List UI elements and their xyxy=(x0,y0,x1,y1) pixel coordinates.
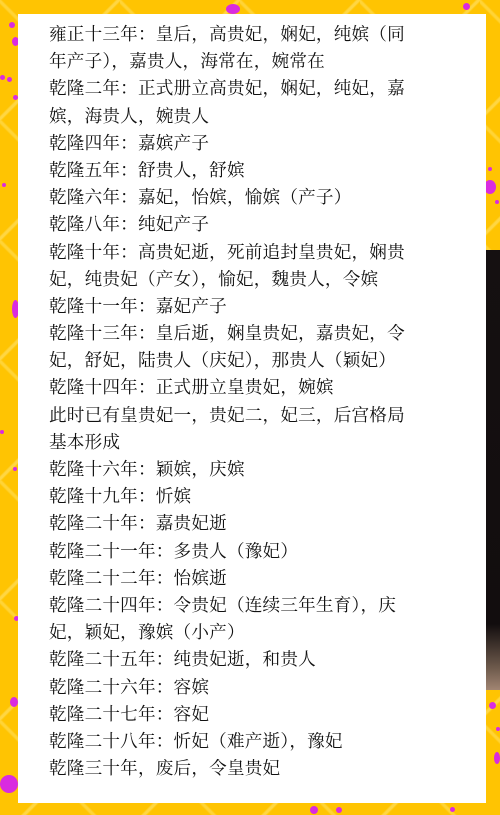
timeline-line: 乾隆二十二年：怡嫔逝 xyxy=(49,566,449,593)
timeline-line: 乾隆二十年：嘉贵妃逝 xyxy=(49,511,449,538)
decorative-dot xyxy=(0,775,18,793)
timeline-line: 乾隆十年：高贵妃逝，死前追封皇贵妃，娴贵 xyxy=(49,240,449,267)
timeline-line: 乾隆二十八年：忻妃（难产逝），豫妃 xyxy=(49,729,449,756)
timeline-line: 乾隆二十一年：多贵人（豫妃） xyxy=(49,539,449,566)
timeline-line: 雍正十三年：皇后，高贵妃，娴妃，纯嫔（同 xyxy=(49,22,449,49)
timeline-line: 乾隆二十六年：容嫔 xyxy=(49,675,449,702)
timeline-line: 妃，舒妃，陆贵人（庆妃），那贵人（颖妃） xyxy=(49,348,449,375)
decorative-dot xyxy=(494,752,500,764)
decorative-dot xyxy=(9,22,15,28)
timeline-line: 基本形成 xyxy=(49,430,449,457)
timeline-line: 乾隆十一年：嘉妃产子 xyxy=(49,294,449,321)
timeline-line: 乾隆四年：嘉嫔产子 xyxy=(49,131,449,158)
timeline-line: 年产子），嘉贵人，海常在，婉常在 xyxy=(49,49,449,76)
timeline-line: 乾隆十九年：忻嫔 xyxy=(49,484,449,511)
photo-edge-strip xyxy=(486,250,500,690)
timeline-line: 乾隆二十七年：容妃 xyxy=(49,702,449,729)
decorative-dot xyxy=(495,200,499,204)
decorative-dot xyxy=(226,4,240,14)
decorative-dot xyxy=(463,3,470,10)
timeline-line: 乾隆五年：舒贵人，舒嫔 xyxy=(49,158,449,185)
timeline-line: 妃，颖妃，豫嫔（小产） xyxy=(49,620,449,647)
decorative-dot xyxy=(450,807,455,812)
decorative-dot xyxy=(496,727,500,731)
timeline-line: 嫔，海贵人，婉贵人 xyxy=(49,104,449,131)
decorative-dot xyxy=(10,697,18,707)
timeline-line: 乾隆二十五年：纯贵妃逝，和贵人 xyxy=(49,647,449,674)
timeline-line: 乾隆三十年，废后，令皇贵妃 xyxy=(49,756,449,783)
timeline-line: 妃，纯贵妃（产女），愉妃，魏贵人，令嫔 xyxy=(49,267,449,294)
decorative-dot xyxy=(489,702,496,709)
timeline-line: 乾隆八年：纯妃产子 xyxy=(49,212,449,239)
decorative-dot xyxy=(7,77,12,82)
timeline-line: 此时已有皇贵妃一，贵妃二，妃三，后宫格局 xyxy=(49,403,449,430)
decorative-dot xyxy=(2,183,6,187)
decorative-dot xyxy=(336,807,342,813)
decorative-dot xyxy=(13,467,17,471)
decorative-dot xyxy=(0,430,4,434)
timeline-line: 乾隆二年：正式册立高贵妃，娴妃，纯妃，嘉 xyxy=(49,76,449,103)
decorative-dot xyxy=(0,75,5,80)
timeline-line: 乾隆十六年：颖嫔，庆嫔 xyxy=(49,457,449,484)
timeline-line: 乾隆十四年：正式册立皇贵妃，婉嫔 xyxy=(49,375,449,402)
timeline-line: 乾隆十三年：皇后逝，娴皇贵妃，嘉贵妃，令 xyxy=(49,321,449,348)
timeline-line: 乾隆六年：嘉妃，怡嫔，愉嫔（产子） xyxy=(49,185,449,212)
timeline-list: 雍正十三年：皇后，高贵妃，娴妃，纯嫔（同 年产子），嘉贵人，海常在，婉常在 乾隆… xyxy=(49,22,449,783)
decorative-dot xyxy=(488,167,492,171)
timeline-line: 乾隆二十四年：令贵妃（连续三年生育），庆 xyxy=(49,593,449,620)
decorative-dot xyxy=(310,806,318,814)
